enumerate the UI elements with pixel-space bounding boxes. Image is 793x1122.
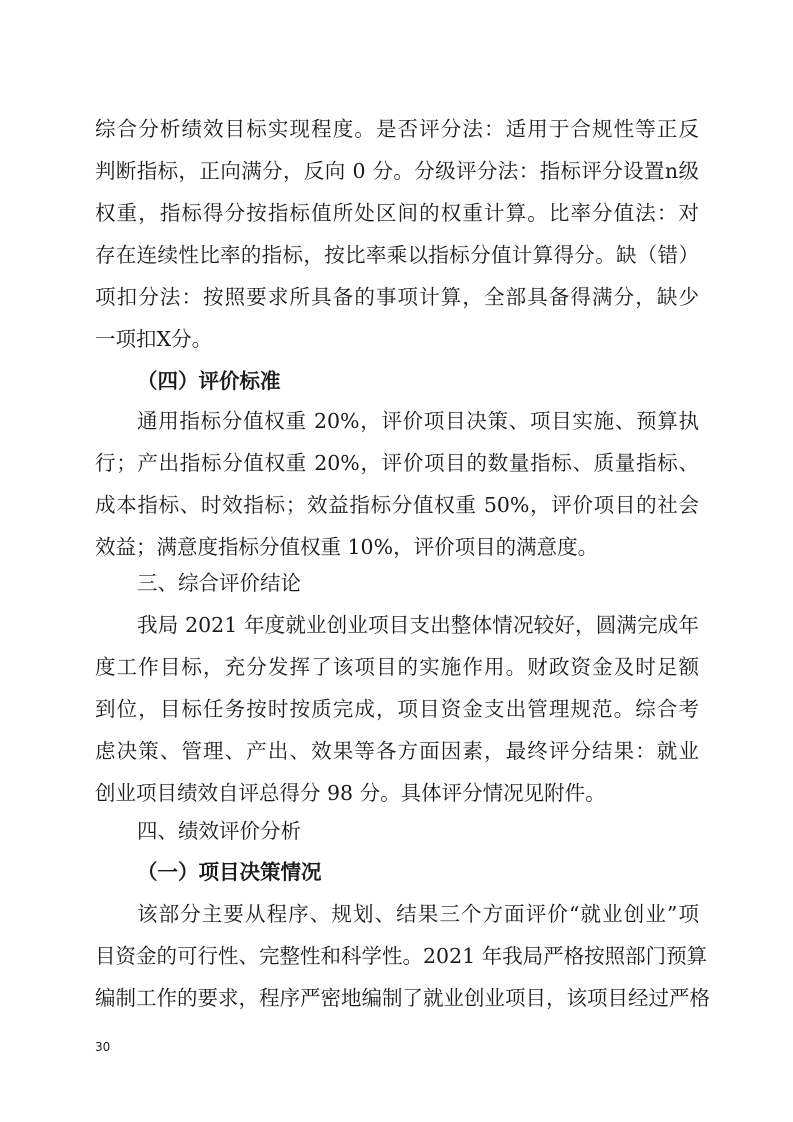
body-line: 综合分析绩效目标实现程度。是否评分法：适用于合规性等正反 [95, 108, 699, 150]
body-line: 行；产出指标分值权重 20%，评价项目的数量指标、质量指标、 [95, 442, 699, 484]
body-line: 权重，指标得分按指标值所处区间的权重计算。比率分值法：对 [95, 192, 699, 234]
body-line: 到位，目标任务按时按质完成，项目资金支出管理规范。综合考 [95, 688, 699, 730]
section-heading-performance-analysis: 四、绩效评价分析 [95, 810, 699, 852]
body-line: 创业项目绩效自评总得分 98 分。具体评分情况见附件。 [95, 772, 699, 814]
body-line: 目资金的可行性、完整性和科学性。2021 年我局严格按照部门预算 [95, 935, 699, 977]
body-line: 编制工作的要求，程序严密地编制了就业创业项目，该项目经过严格 [95, 977, 699, 1019]
body-line: 虑决策、管理、产出、效果等各方面因素，最终评分结果：就业 [95, 730, 699, 772]
body-line: 项扣分法：按照要求所具备的事项计算，全部具备得满分，缺少 [95, 276, 699, 318]
subheading-evaluation-criteria: （四）评价标准 [95, 360, 699, 402]
section-heading-overall-conclusion: 三、综合评价结论 [95, 562, 699, 604]
subheading-project-decision: （一）项目决策情况 [95, 851, 699, 893]
body-line: 一项扣X分。 [95, 318, 699, 360]
body-line: 度工作目标，充分发挥了该项目的实施作用。财政资金及时足额 [95, 646, 699, 688]
body-line: 成本指标、时效指标；效益指标分值权重 50%，评价项目的社会 [95, 484, 699, 526]
body-line: 存在连续性比率的指标，按比率乘以指标分值计算得分。缺（错） [95, 234, 699, 276]
paragraph-start-line: 通用指标分值权重 20%，评价项目决策、项目实施、预算执 [95, 400, 699, 442]
page-number: 30 [95, 1040, 110, 1054]
paragraph-start-line: 我局 2021 年度就业创业项目支出整体情况较好，圆满完成年 [95, 604, 699, 646]
paragraph-start-line: 该部分主要从程序、规划、结果三个方面评价“就业创业”项 [95, 893, 699, 935]
body-line: 判断指标，正向满分，反向 0 分。分级评分法：指标评分设置n级 [95, 150, 699, 192]
